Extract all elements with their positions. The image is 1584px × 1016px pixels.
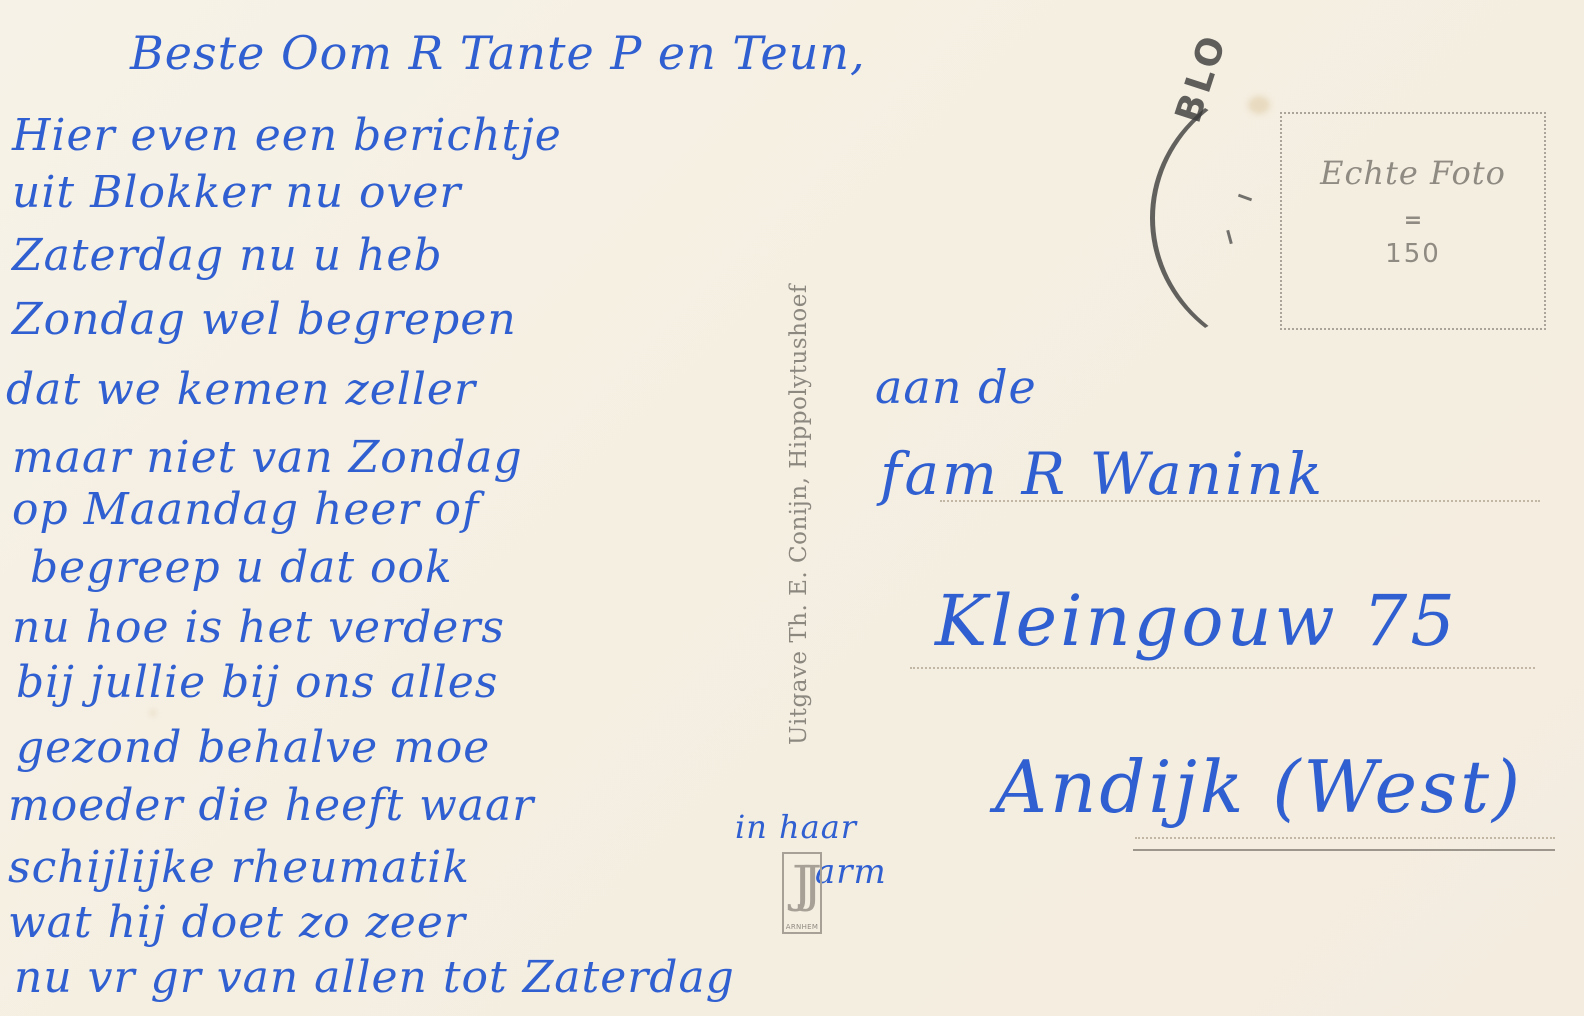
- postcard-back: Beste Oom R Tante P en Teun, Hier even e…: [0, 0, 1584, 1016]
- message-line: dat we kemen zeller: [6, 362, 476, 418]
- publisher-imprint: Uitgave Th. E. Conijn, Hippolytushoef: [786, 284, 812, 745]
- message-line: nu hoe is het verders: [12, 600, 505, 656]
- stamp-box-title: Echte Foto: [1282, 154, 1544, 192]
- message-line: nu vr gr van allen tot Zaterdag: [14, 950, 735, 1006]
- address-rule-solid: [1133, 849, 1555, 851]
- message-insertion: arm: [815, 852, 887, 892]
- address-prefix: aan de: [875, 360, 1037, 414]
- message-line: maar niet van Zondag: [12, 430, 523, 486]
- stamp-box-number: 150: [1282, 239, 1544, 269]
- paper-stain: [1248, 96, 1270, 114]
- stamp-box-separator: =: [1282, 208, 1544, 233]
- message-insertion: in haar: [735, 808, 857, 846]
- publisher-logo-mark: JJ: [788, 856, 816, 912]
- message-line: bij jullie bij ons alles: [16, 655, 498, 711]
- stamp-box: Echte Foto = 150: [1280, 112, 1546, 330]
- message-line: schijlijke rheumatik: [8, 840, 470, 896]
- message-line: begreep u dat ook: [30, 540, 453, 596]
- message-line: op Maandag heer of: [12, 482, 479, 538]
- address-city: Andijk (West): [995, 745, 1523, 829]
- message-line: wat hij doet zo zeer: [8, 895, 466, 951]
- message-line: Hier even een berichtje: [12, 108, 562, 164]
- address-street: Kleingouw 75: [935, 580, 1458, 662]
- message-line: Zondag wel begrepen: [12, 292, 517, 348]
- address-name: fam R Wanink: [880, 440, 1325, 508]
- message-line: uit Blokker nu over: [12, 165, 461, 221]
- message-line: moeder die heeft waar: [8, 778, 534, 834]
- publisher-logo: JJ ARNHEM: [782, 852, 822, 934]
- address-rule: [910, 667, 1535, 669]
- address-rule: [1135, 837, 1555, 839]
- greeting-line: Beste Oom R Tante P en Teun,: [130, 26, 866, 80]
- publisher-logo-city: ARNHEM: [784, 923, 820, 931]
- message-line: Zaterdag nu u heb: [12, 228, 443, 284]
- message-line: gezond behalve moe: [16, 720, 490, 776]
